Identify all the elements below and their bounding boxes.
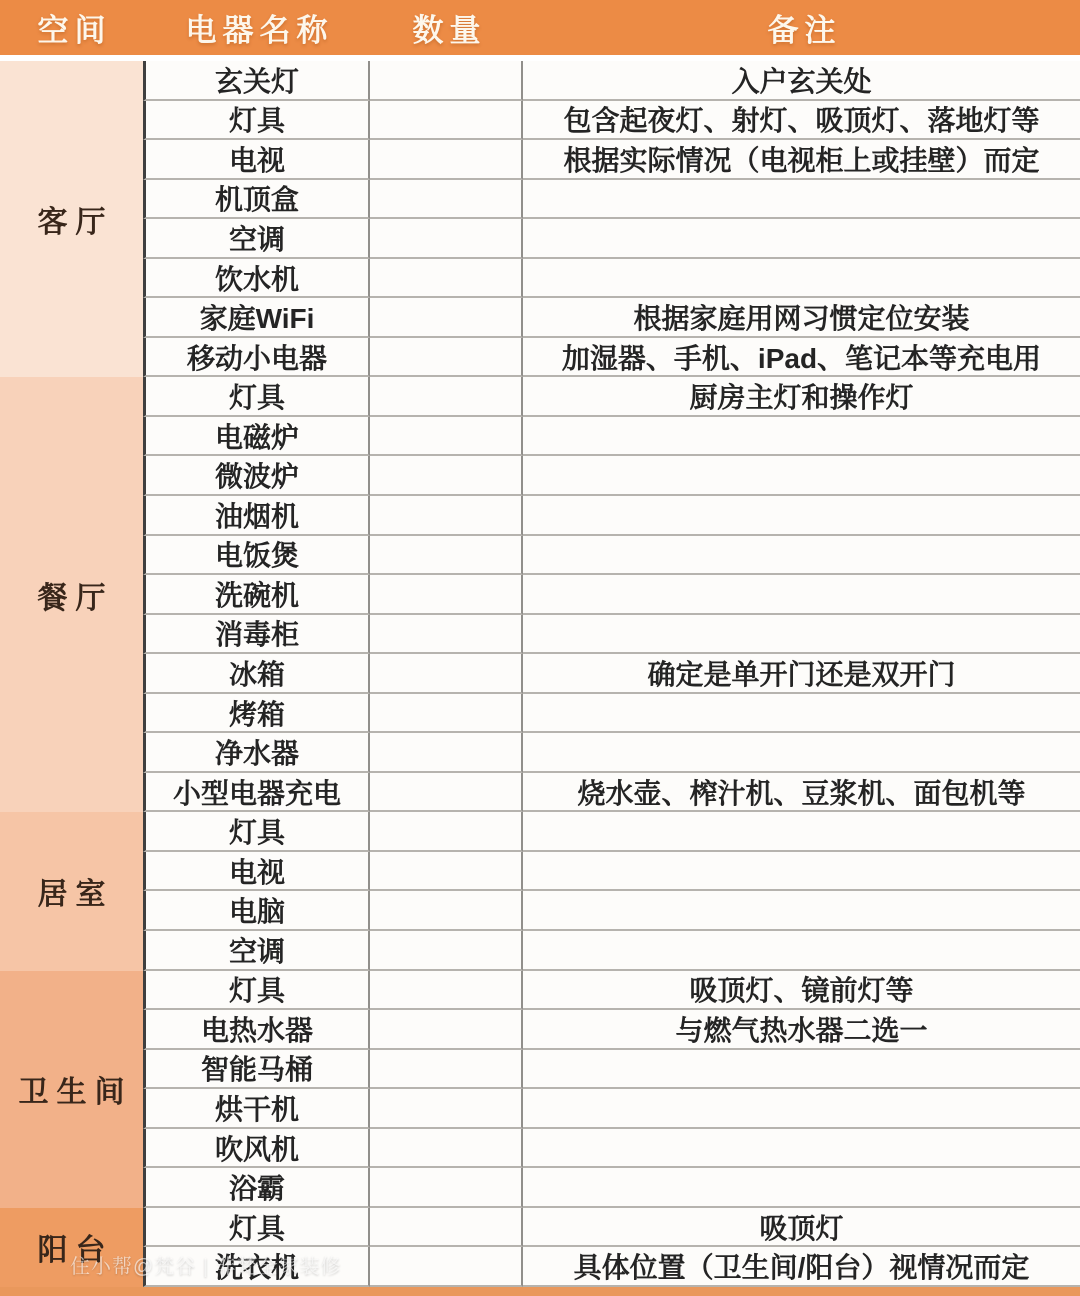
appliance-name-cell: 洗衣机: [143, 1247, 370, 1287]
appliance-checklist-page: 空间 电器名称 数量 备注 客厅玄关灯入户玄关处灯具包含起夜灯、射灯、吸顶灯、落…: [0, 0, 1080, 1296]
column-header-space: 空间: [0, 5, 143, 50]
appliance-name-cell: 机顶盒: [143, 180, 370, 220]
appliance-name-cell: 烤箱: [143, 694, 370, 734]
appliance-name-cell: 电热水器: [143, 1010, 370, 1050]
note-cell: [523, 1089, 1080, 1129]
appliance-name-cell: 洗碗机: [143, 575, 370, 615]
room-group-cell: 阳台: [0, 1208, 143, 1287]
appliance-name-cell: 小型电器充电: [143, 773, 370, 813]
quantity-cell: [370, 1247, 523, 1287]
quantity-cell: [370, 931, 523, 971]
note-cell: 包含起夜灯、射灯、吸顶灯、落地灯等: [523, 101, 1080, 141]
quantity-cell: [370, 377, 523, 417]
appliance-name-cell: 空调: [143, 931, 370, 971]
note-cell: [523, 496, 1080, 536]
note-cell: [523, 180, 1080, 220]
note-cell: 根据家庭用网习惯定位安装: [523, 298, 1080, 338]
quantity-cell: [370, 615, 523, 655]
quantity-cell: [370, 575, 523, 615]
appliance-name-cell: 微波炉: [143, 456, 370, 496]
note-cell: [523, 1129, 1080, 1169]
quantity-cell: [370, 852, 523, 892]
note-cell: [523, 812, 1080, 852]
quantity-cell: [370, 259, 523, 299]
appliance-name-cell: 玄关灯: [143, 61, 370, 101]
quantity-cell: [370, 180, 523, 220]
note-cell: [523, 575, 1080, 615]
quantity-cell: [370, 971, 523, 1011]
appliance-name-cell: 灯具: [143, 1208, 370, 1248]
quantity-cell: [370, 1010, 523, 1050]
note-cell: [523, 931, 1080, 971]
note-cell: 根据实际情况（电视柜上或挂壁）而定: [523, 140, 1080, 180]
quantity-cell: [370, 456, 523, 496]
appliance-name-cell: 吹风机: [143, 1129, 370, 1169]
table-header: 空间 电器名称 数量 备注: [0, 0, 1080, 55]
quantity-cell: [370, 694, 523, 734]
note-cell: [523, 417, 1080, 457]
appliance-name-cell: 空调: [143, 219, 370, 259]
note-cell: [523, 1168, 1080, 1208]
room-group-cell: 餐厅: [0, 377, 143, 812]
quantity-cell: [370, 1050, 523, 1090]
quantity-cell: [370, 338, 523, 378]
quantity-cell: [370, 298, 523, 338]
table-grid: 客厅玄关灯入户玄关处灯具包含起夜灯、射灯、吸顶灯、落地灯等电视根据实际情况（电视…: [0, 61, 1080, 1287]
appliance-name-cell: 家庭WiFi: [143, 298, 370, 338]
appliance-name-cell: 灯具: [143, 101, 370, 141]
quantity-cell: [370, 733, 523, 773]
room-group-cell: 居室: [0, 812, 143, 970]
table-footer-bar: [0, 1287, 1080, 1296]
note-cell: 厨房主灯和操作灯: [523, 377, 1080, 417]
appliance-name-cell: 净水器: [143, 733, 370, 773]
quantity-cell: [370, 1089, 523, 1129]
appliance-name-cell: 电磁炉: [143, 417, 370, 457]
note-cell: 加湿器、手机、iPad、笔记本等充电用: [523, 338, 1080, 378]
appliance-name-cell: 电脑: [143, 891, 370, 931]
note-cell: [523, 456, 1080, 496]
appliance-name-cell: 灯具: [143, 971, 370, 1011]
note-cell: [523, 259, 1080, 299]
note-cell: [523, 536, 1080, 576]
room-group-cell: 卫生间: [0, 971, 143, 1208]
quantity-cell: [370, 417, 523, 457]
note-cell: [523, 852, 1080, 892]
quantity-cell: [370, 219, 523, 259]
note-cell: [523, 1050, 1080, 1090]
quantity-cell: [370, 1129, 523, 1169]
appliance-name-cell: 移动小电器: [143, 338, 370, 378]
note-cell: [523, 733, 1080, 773]
appliance-name-cell: 油烟机: [143, 496, 370, 536]
note-cell: 吸顶灯: [523, 1208, 1080, 1248]
note-cell: 烧水壶、榨汁机、豆浆机、面包机等: [523, 773, 1080, 813]
appliance-name-cell: 灯具: [143, 812, 370, 852]
note-cell: 入户玄关处: [523, 61, 1080, 101]
column-header-note: 备注: [523, 5, 1080, 50]
note-cell: [523, 219, 1080, 259]
quantity-cell: [370, 61, 523, 101]
appliance-name-cell: 电饭煲: [143, 536, 370, 576]
note-cell: [523, 615, 1080, 655]
quantity-cell: [370, 496, 523, 536]
note-cell: 吸顶灯、镜前灯等: [523, 971, 1080, 1011]
appliance-name-cell: 电视: [143, 852, 370, 892]
appliance-name-cell: 烘干机: [143, 1089, 370, 1129]
quantity-cell: [370, 101, 523, 141]
appliance-name-cell: 冰箱: [143, 654, 370, 694]
quantity-cell: [370, 654, 523, 694]
room-group-cell: 客厅: [0, 61, 143, 377]
quantity-cell: [370, 140, 523, 180]
note-cell: [523, 694, 1080, 734]
appliance-name-cell: 浴霸: [143, 1168, 370, 1208]
note-cell: 具体位置（卫生间/阳台）视情况而定: [523, 1247, 1080, 1287]
column-header-appliance: 电器名称: [143, 5, 370, 50]
column-header-quantity: 数量: [370, 5, 523, 50]
quantity-cell: [370, 812, 523, 852]
appliance-name-cell: 灯具: [143, 377, 370, 417]
appliance-name-cell: 电视: [143, 140, 370, 180]
appliance-name-cell: 智能马桶: [143, 1050, 370, 1090]
appliance-name-cell: 消毒柜: [143, 615, 370, 655]
quantity-cell: [370, 891, 523, 931]
quantity-cell: [370, 1168, 523, 1208]
quantity-cell: [370, 1208, 523, 1248]
note-cell: [523, 891, 1080, 931]
note-cell: 与燃气热水器二选一: [523, 1010, 1080, 1050]
appliance-name-cell: 饮水机: [143, 259, 370, 299]
note-cell: 确定是单开门还是双开门: [523, 654, 1080, 694]
quantity-cell: [370, 536, 523, 576]
quantity-cell: [370, 773, 523, 813]
